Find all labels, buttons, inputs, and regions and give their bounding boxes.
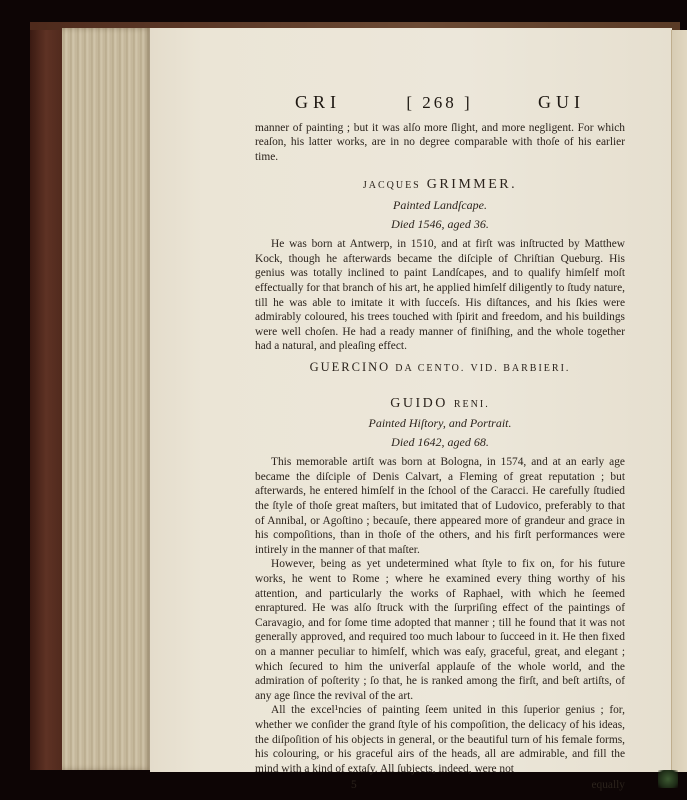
entry-heading-grimmer: Jacques GRIMMER. xyxy=(255,178,625,194)
entry-paragraph: All the excel¹ncies of painting ſeem uni… xyxy=(255,703,625,776)
entry-heading-guido: GUIDO Reni. xyxy=(255,397,625,413)
surname: GRIMMER. xyxy=(427,177,517,192)
given-name: Jacques xyxy=(363,180,421,191)
cross-ref-name: GUERCINO xyxy=(310,360,391,374)
continuation-paragraph: manner of painting ; but it was alſo mor… xyxy=(255,121,625,165)
running-head-right: GUI xyxy=(538,95,585,110)
surname: Reni. xyxy=(454,399,490,410)
page-footer: 5 equally xyxy=(255,778,625,793)
next-page-edge xyxy=(671,30,687,772)
running-head: GRI [ 268 ] GUI xyxy=(295,95,585,111)
running-head-left: GRI xyxy=(295,95,341,110)
entry-paragraph: However, being as yet undetermined what … xyxy=(255,557,625,703)
cross-reference-guercino: GUERCINO da Cento. Vid. Barbieri. xyxy=(255,360,625,377)
cross-ref-see: Vid. Barbieri. xyxy=(470,363,570,374)
corner-stain xyxy=(658,770,678,788)
cross-ref-qualifier: da Cento. xyxy=(395,363,465,374)
entry-paragraph: This memorable artiſt was born at Bologn… xyxy=(255,455,625,557)
catchword: equally xyxy=(591,778,625,793)
signature-mark: 5 xyxy=(351,778,357,793)
entry-genre: Painted Landſcape. xyxy=(255,198,625,213)
page-number: [ 268 ] xyxy=(406,96,472,111)
entry-genre: Painted Hiſtory, and Portrait. xyxy=(255,416,625,431)
entry-paragraph: He was born at Antwerp, in 1510, and at … xyxy=(255,237,625,354)
entry-died: Died 1546, aged 36. xyxy=(255,217,625,232)
given-name: GUIDO xyxy=(390,396,448,411)
page-edges xyxy=(62,28,152,770)
text-block: GRI [ 268 ] GUI manner of painting ; but… xyxy=(255,95,625,793)
entry-died: Died 1642, aged 68. xyxy=(255,435,625,450)
